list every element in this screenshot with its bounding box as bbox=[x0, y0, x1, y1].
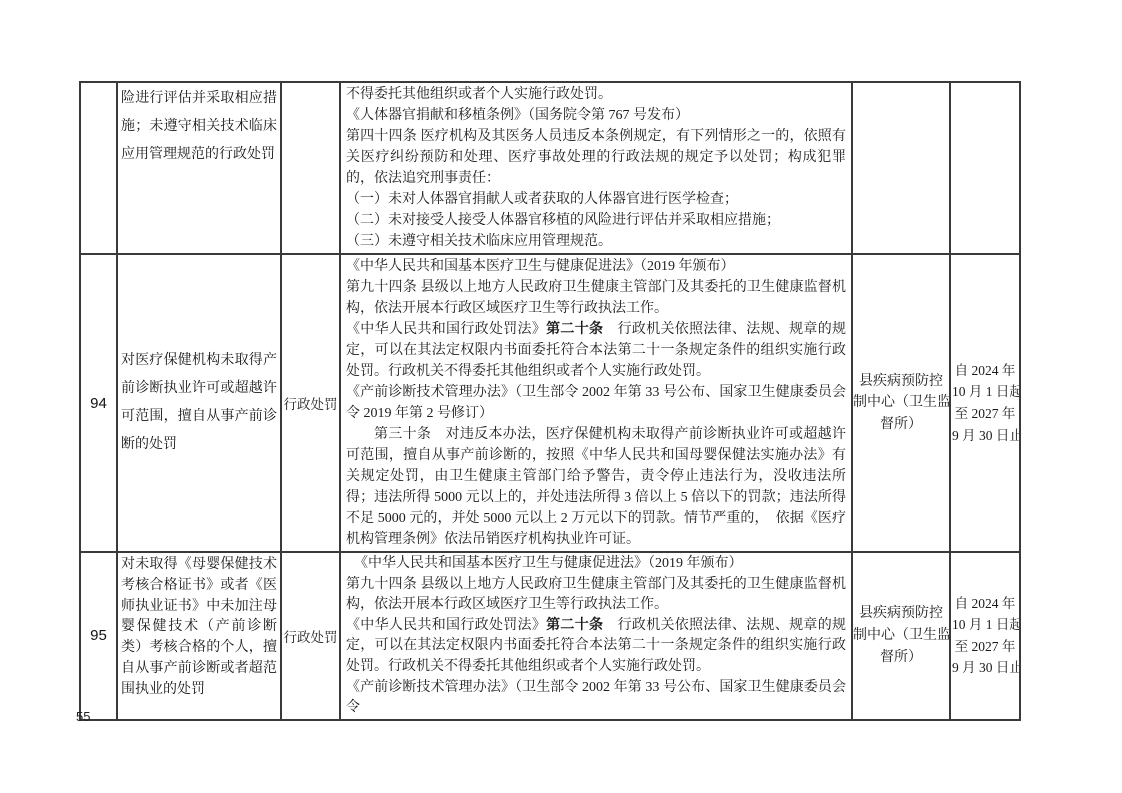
period-cell bbox=[950, 82, 1020, 254]
period-line: 自 2024 年 bbox=[952, 593, 1018, 615]
matter-cell: 对未取得《母婴保健技术考核合格证书》或者《医师执业证书》中未加注母婴保健技术（产… bbox=[117, 552, 281, 720]
agency-cell: 县疾病预防控 制中心（卫生监 督所） bbox=[852, 254, 950, 552]
seq-cell bbox=[80, 82, 117, 254]
legal-paragraph: 《产前诊断技术管理办法》（卫生部令 2002 年第 33 号公布、国家卫生健康委… bbox=[346, 382, 846, 424]
table-row-95: 95 对未取得《母婴保健技术考核合格证书》或者《医师执业证书》中未加注母婴保健技… bbox=[80, 552, 1020, 720]
legal-text: 《中华人民共和国行政处罚法》 bbox=[346, 618, 546, 633]
legal-paragraph: 《中华人民共和国基本医疗卫生与健康促进法》（2019 年颁布） bbox=[346, 554, 846, 575]
document-page: 险进行评估并采取相应措施；未遵守相关技术临床应用管理规范的行政处罚 不得委托其他… bbox=[0, 0, 1122, 793]
period-cell: 自 2024 年 10 月 1 日起 至 2027 年 9 月 30 日止 bbox=[950, 254, 1020, 552]
period-line: 自 2024 年 bbox=[952, 360, 1018, 382]
agency-line: 制中心（卫生监 bbox=[853, 625, 949, 647]
period-line: 至 2027 年 bbox=[952, 636, 1018, 658]
legal-paragraph: （三）未遵守相关技术临床应用管理规范。 bbox=[346, 231, 846, 252]
legal-paragraph: 《中华人民共和国行政处罚法》第二十条 行政机关依照法律、法规、规章的规定，可以在… bbox=[346, 616, 846, 678]
penalty-table: 险进行评估并采取相应措施；未遵守相关技术临床应用管理规范的行政处罚 不得委托其他… bbox=[79, 81, 1021, 721]
agency-line: 督所） bbox=[853, 647, 949, 669]
legal-paragraph: （二）未对接受人接受人体器官移植的风险进行评估并采取相应措施； bbox=[346, 210, 846, 231]
legal-article-bold: 第二十条 bbox=[546, 618, 603, 633]
legal-paragraph: 不得委托其他组织或者个人实施行政处罚。 bbox=[346, 84, 846, 105]
legal-basis-cell: 《中华人民共和国基本医疗卫生与健康促进法》（2019 年颁布） 第九十四条 县级… bbox=[340, 552, 852, 720]
period-cell: 自 2024 年 10 月 1 日起 至 2027 年 9 月 30 日止 bbox=[950, 552, 1020, 720]
agency-cell bbox=[852, 82, 950, 254]
seq-cell: 95 bbox=[80, 552, 117, 720]
category-cell: 行政处罚 bbox=[281, 254, 340, 552]
legal-paragraph: 第三十条 对违反本办法，医疗保健机构未取得产前诊断执业许可或超越许可范围，擅自从… bbox=[346, 424, 846, 550]
period-line: 9 月 30 日止 bbox=[952, 425, 1018, 447]
matter-text: 险进行评估并采取相应措施；未遵守相关技术临床应用管理规范的行政处罚 bbox=[121, 85, 277, 170]
matter-text: 对医疗保健机构未取得产前诊断执业许可或超越许可范围，擅自从事产前诊断的处罚 bbox=[121, 347, 277, 460]
legal-paragraph: 《中华人民共和国行政处罚法》第二十条 行政机关依照法律、法规、规章的规定，可以在… bbox=[346, 319, 846, 382]
table-row-continuation: 险进行评估并采取相应措施；未遵守相关技术临床应用管理规范的行政处罚 不得委托其他… bbox=[80, 82, 1020, 254]
legal-text: 《中华人民共和国行政处罚法》 bbox=[346, 322, 546, 337]
legal-paragraph: 第九十四条 县级以上地方人民政府卫生健康主管部门及其委托的卫生健康监督机构，依法… bbox=[346, 277, 846, 319]
table-row-94: 94 对医疗保健机构未取得产前诊断执业许可或超越许可范围，擅自从事产前诊断的处罚… bbox=[80, 254, 1020, 552]
period-line: 10 月 1 日起 bbox=[952, 381, 1018, 403]
legal-basis-cell: 不得委托其他组织或者个人实施行政处罚。 《人体器官捐献和移植条例》（国务院令第 … bbox=[340, 82, 852, 254]
legal-paragraph: 《人体器官捐献和移植条例》（国务院令第 767 号发布） bbox=[346, 105, 846, 126]
matter-cell: 对医疗保健机构未取得产前诊断执业许可或超越许可范围，擅自从事产前诊断的处罚 bbox=[117, 254, 281, 552]
category-cell: 行政处罚 bbox=[281, 552, 340, 720]
period-line: 10 月 1 日起 bbox=[952, 614, 1018, 636]
agency-line: 县疾病预防控 bbox=[853, 371, 949, 393]
seq-cell: 94 bbox=[80, 254, 117, 552]
page-number: 55 bbox=[76, 709, 90, 724]
legal-paragraph: 《产前诊断技术管理办法》（卫生部令 2002 年第 33 号公布、国家卫生健康委… bbox=[346, 678, 846, 719]
period-line: 9 月 30 日止 bbox=[952, 657, 1018, 679]
agency-line: 县疾病预防控 bbox=[853, 603, 949, 625]
category-cell bbox=[281, 82, 340, 254]
legal-paragraph: 第九十四条 县级以上地方人民政府卫生健康主管部门及其委托的卫生健康监督机构，依法… bbox=[346, 575, 846, 616]
legal-paragraph: 《中华人民共和国基本医疗卫生与健康促进法》（2019 年颁布） bbox=[346, 256, 846, 277]
agency-line: 督所） bbox=[853, 414, 949, 436]
agency-line: 制中心（卫生监 bbox=[853, 392, 949, 414]
legal-paragraph: （一）未对人体器官捐献人或者获取的人体器官进行医学检查； bbox=[346, 189, 846, 210]
matter-cell: 险进行评估并采取相应措施；未遵守相关技术临床应用管理规范的行政处罚 bbox=[117, 82, 281, 254]
legal-paragraph: 第四十四条 医疗机构及其医务人员违反本条例规定，有下列情形之一的，依照有关医疗纠… bbox=[346, 126, 846, 189]
agency-cell: 县疾病预防控 制中心（卫生监 督所） bbox=[852, 552, 950, 720]
period-line: 至 2027 年 bbox=[952, 403, 1018, 425]
legal-article-bold: 第二十条 bbox=[546, 322, 603, 337]
legal-basis-cell: 《中华人民共和国基本医疗卫生与健康促进法》（2019 年颁布） 第九十四条 县级… bbox=[340, 254, 852, 552]
matter-text: 对未取得《母婴保健技术考核合格证书》或者《医师执业证书》中未加注母婴保健技术（产… bbox=[121, 555, 277, 701]
